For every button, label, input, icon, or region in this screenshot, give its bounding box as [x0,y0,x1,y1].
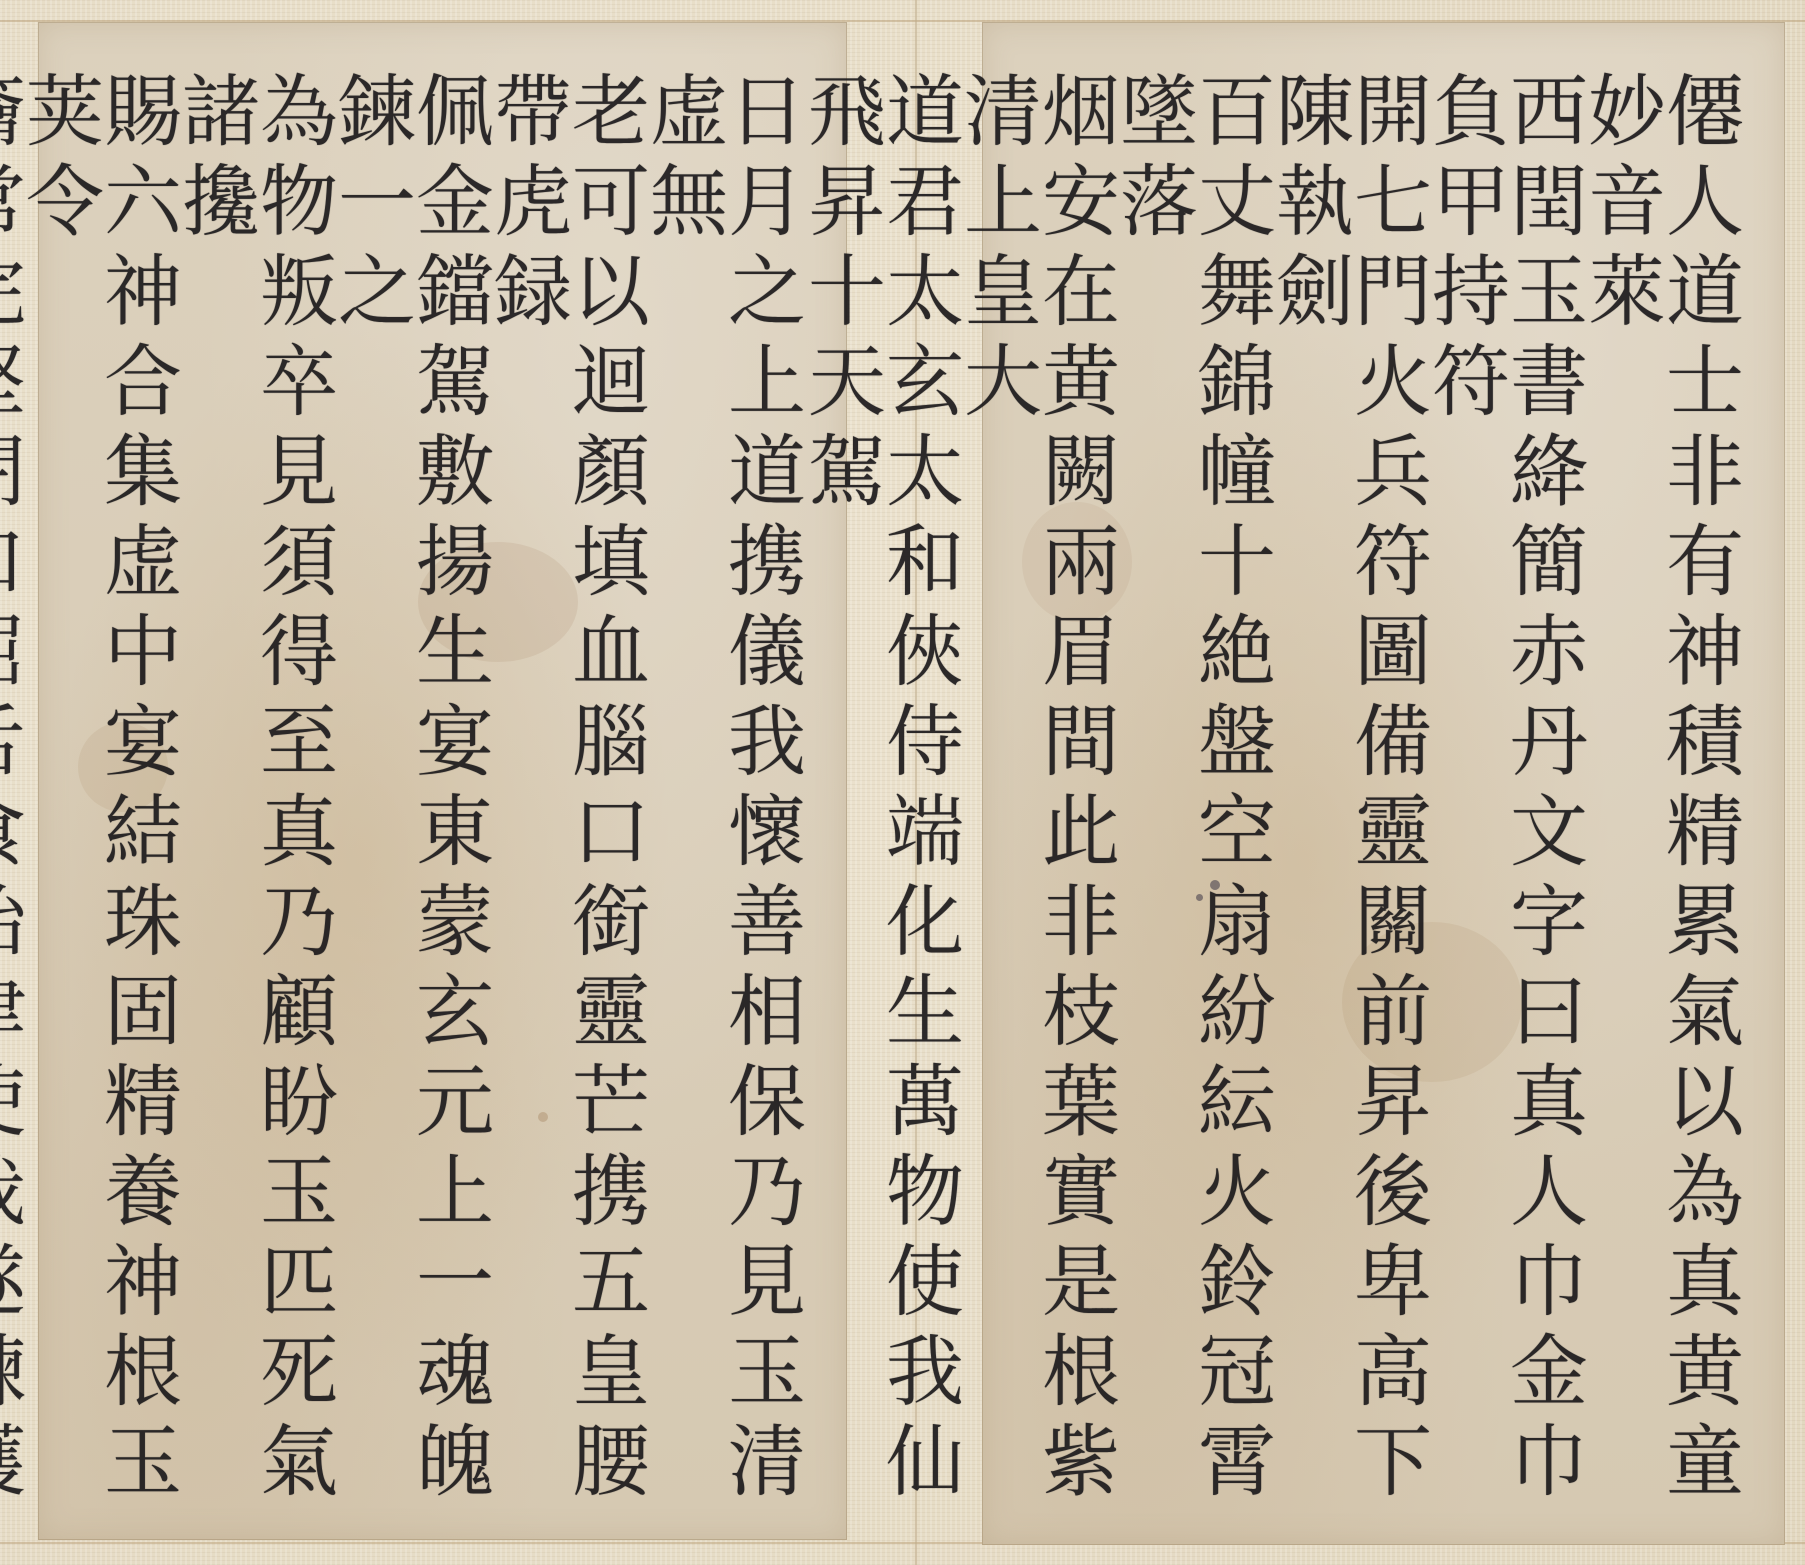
text-columns-right: 僊人道士非有神積精累氣以為真黄童妙音萊 西閏玉書絳簡赤丹文字曰真人巾金巾負甲持符… [982,22,1785,1545]
text-columns-left: 日月之上道携儀我懷善相保乃見玉清虚無 老可以迴顏填血腦口銜靈芒携五皇腰帶虎録 佩… [38,22,847,1540]
text-column: 烟安在黄闕兩眉間此非枝葉實是根紫清上皇大 [957,22,1113,1545]
text-column: 老可以迴顏填血腦口銜靈芒携五皇腰帶虎録 [487,22,643,1540]
calligraphy-sheet-right: 僊人道士非有神積精累氣以為真黄童妙音萊 西閏玉書絳簡赤丹文字曰真人巾金巾負甲持符… [982,22,1785,1545]
text-column: 開七門火兵符圖備靈關前昇後卑高下陳執劍 [1269,22,1425,1545]
text-column: 籥常完堅閉口屈舌食胎津使我遂鍊獲飛仙 [0,22,19,1540]
text-column: 日月之上道携儀我懷善相保乃見玉清虚無 [643,22,799,1540]
text-column: 佩金鐺駕敷揚生宴東蒙玄元上一魂魄鍊一之 [331,22,487,1540]
text-column: 道君太玄太和俠侍端化生萬物使我仙飛昇十天駕 [801,22,957,1545]
text-column: 僊人道士非有神積精累氣以為真黄童妙音萊 [1581,22,1737,1545]
text-column: 西閏玉書絳簡赤丹文字曰真人巾金巾負甲持符 [1425,22,1581,1545]
calligraphy-sheet-left: 日月之上道携儀我懷善相保乃見玉清虚無 老可以迴顏填血腦口銜靈芒携五皇腰帶虎録 佩… [38,22,847,1540]
text-column: 百丈舞錦幢十絶盤空扇紛紜火鈴冠霄墜落 [1113,22,1269,1545]
text-column: 賜六神合集虚中宴結珠固精養神根玉荚令 [19,22,175,1540]
text-column: 為物叛卒見須得至真乃顧盼玉匹死氣諸攙 [175,22,331,1540]
